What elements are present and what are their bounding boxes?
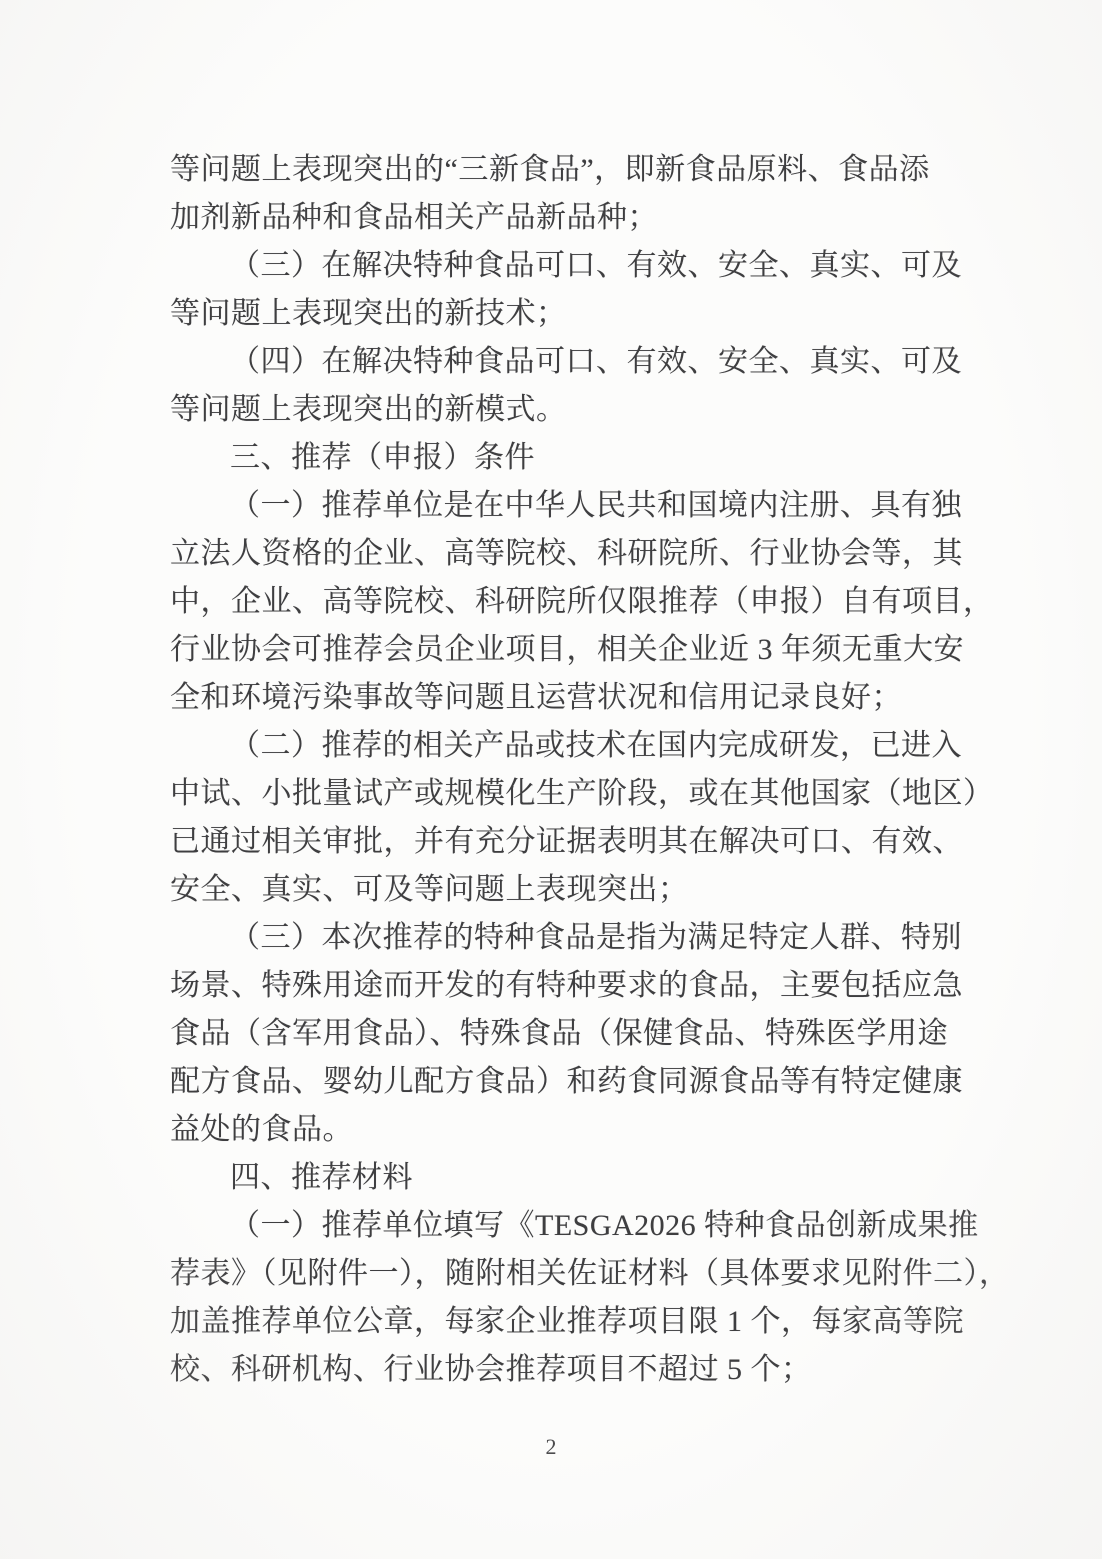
text-line: 行业协会可推荐会员企业项目，相关企业近 3 年须无重大安 — [170, 626, 960, 674]
text-line: 荐表》（见附件一），随附相关佐证材料（具体要求见附件二）， — [170, 1250, 960, 1298]
page-number: 2 — [0, 1434, 1102, 1460]
text-line: 场景、特殊用途而开发的有特种要求的食品，主要包括应急 — [170, 962, 960, 1010]
document-page: 等问题上表现突出的“三新食品”，即新食品原料、食品添加剂新品种和食品相关产品新品… — [0, 0, 1102, 1559]
text-line: 益处的食品。 — [170, 1106, 960, 1154]
text-line: 加剂新品种和食品相关产品新品种； — [170, 194, 960, 242]
text-line: 安全、真实、可及等问题上表现突出； — [170, 866, 960, 914]
text-line: 校、科研机构、行业协会推荐项目不超过 5 个； — [170, 1346, 960, 1394]
text-line: 等问题上表现突出的新技术； — [170, 290, 960, 338]
text-line: 等问题上表现突出的“三新食品”，即新食品原料、食品添 — [170, 146, 960, 194]
text-line: 等问题上表现突出的新模式。 — [170, 386, 960, 434]
text-line: 立法人资格的企业、高等院校、科研院所、行业协会等，其 — [170, 530, 960, 578]
text-line: 加盖推荐单位公章，每家企业推荐项目限 1 个，每家高等院 — [170, 1298, 960, 1346]
text-line: （一）推荐单位是在中华人民共和国境内注册、具有独 — [170, 482, 960, 530]
text-line: 四、推荐材料 — [170, 1154, 960, 1202]
document-body: 等问题上表现突出的“三新食品”，即新食品原料、食品添加剂新品种和食品相关产品新品… — [170, 146, 960, 1394]
text-line: 三、推荐（申报）条件 — [170, 434, 960, 482]
text-line: （二）推荐的相关产品或技术在国内完成研发，已进入 — [170, 722, 960, 770]
text-line: 配方食品、婴幼儿配方食品）和药食同源食品等有特定健康 — [170, 1058, 960, 1106]
text-line: 已通过相关审批，并有充分证据表明其在解决可口、有效、 — [170, 818, 960, 866]
text-line: （三）本次推荐的特种食品是指为满足特定人群、特别 — [170, 914, 960, 962]
text-line: （一）推荐单位填写《TESGA2026 特种食品创新成果推 — [170, 1202, 960, 1250]
text-line: 中，企业、高等院校、科研院所仅限推荐（申报）自有项目， — [170, 578, 960, 626]
text-line: （三）在解决特种食品可口、有效、安全、真实、可及 — [170, 242, 960, 290]
text-line: 食品（含军用食品）、特殊食品（保健食品、特殊医学用途 — [170, 1010, 960, 1058]
text-line: （四）在解决特种食品可口、有效、安全、真实、可及 — [170, 338, 960, 386]
text-line: 中试、小批量试产或规模化生产阶段，或在其他国家（地区） — [170, 770, 960, 818]
text-line: 全和环境污染事故等问题且运营状况和信用记录良好； — [170, 674, 960, 722]
